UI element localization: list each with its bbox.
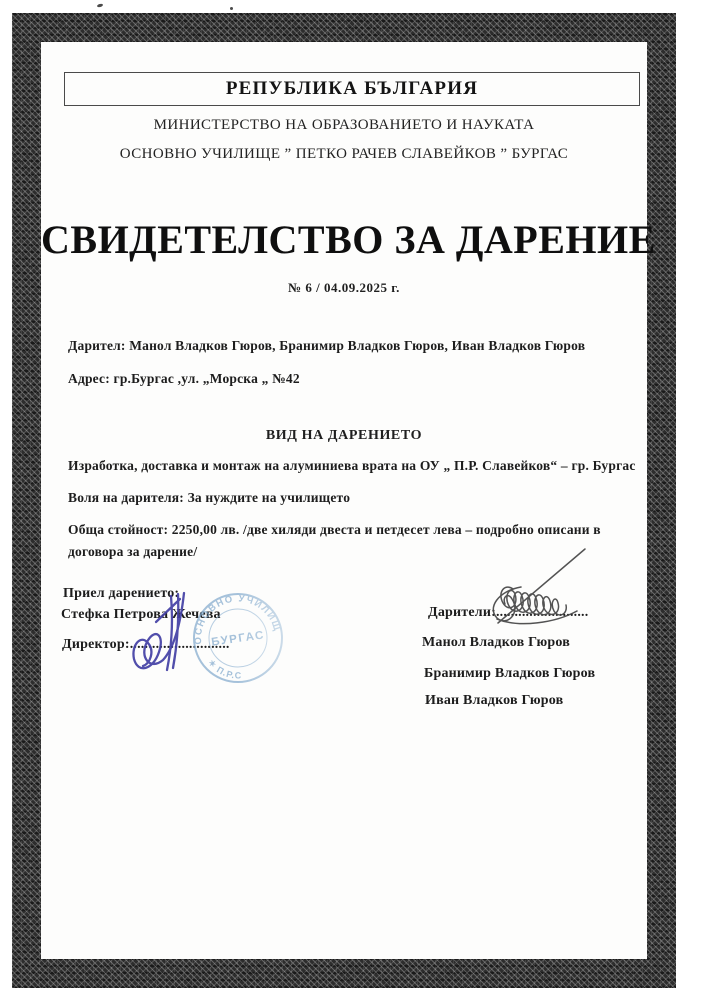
address-line: Адрес: гр.Бургас ,ул. „Морска „ №42 <box>68 371 300 387</box>
donors-signature-line: Дарители:......................... <box>428 605 588 621</box>
scan-speck <box>97 3 104 7</box>
country-header: РЕПУБЛИКА БЪЛГАРИЯ <box>226 78 478 100</box>
total-value-line-1: Обща стойност: 2250,00 лв. /две хиляди д… <box>68 522 601 538</box>
donation-type-heading: ВИД НА ДАРЕНИЕТО <box>41 428 647 444</box>
certificate-page: РЕПУБЛИКА БЪЛГАРИЯ МИНИСТЕРСТВО НА ОБРАЗ… <box>41 42 647 959</box>
donor-name-3: Иван Владков Гюров <box>425 693 563 709</box>
stamp-center-text: БУРГАС <box>211 629 266 648</box>
scanned-certificate-document: РЕПУБЛИКА БЪЛГАРИЯ МИНИСТЕРСТВО НА ОБРАЗ… <box>0 0 701 1000</box>
country-header-box: РЕПУБЛИКА БЪЛГАРИЯ <box>64 72 640 106</box>
ministry-line: МИНИСТЕРСТВО НА ОБРАЗОВАНИЕТО И НАУКАТА <box>41 117 647 134</box>
donation-description: Изработка, доставка и монтаж на алуминие… <box>68 458 636 474</box>
scan-speck <box>230 7 233 10</box>
school-line: ОСНОВНО УЧИЛИЩЕ ” ПЕТКО РАЧЕВ СЛАВЕЙКОВ … <box>41 146 647 163</box>
donor-names-line: Дарител: Манол Владков Гюров, Бранимир В… <box>68 338 585 354</box>
document-title: СВИДЕТЕЛСТВО ЗА ДАРЕНИЕ <box>41 216 647 263</box>
stamp-bottom-arc-text: ✶ П.Р.С <box>206 657 242 680</box>
decorative-border-frame: РЕПУБЛИКА БЪЛГАРИЯ МИНИСТЕРСТВО НА ОБРАЗ… <box>12 13 676 988</box>
donor-name-2: Бранимир Владков Гюров <box>424 666 595 682</box>
total-value-line-2: договора за дарение/ <box>68 544 197 560</box>
document-number-date: № 6 / 04.09.2025 г. <box>41 280 647 296</box>
donor-name-1: Манол Владков Гюров <box>422 635 570 651</box>
recipient-label: Приел дарението: <box>63 586 179 602</box>
school-round-stamp: ОСНОВНО УЧИЛИЩ ✶ П.Р.С БУРГАС <box>168 568 308 708</box>
donor-will-line: Воля на дарителя: За нуждите на училищет… <box>68 490 350 506</box>
